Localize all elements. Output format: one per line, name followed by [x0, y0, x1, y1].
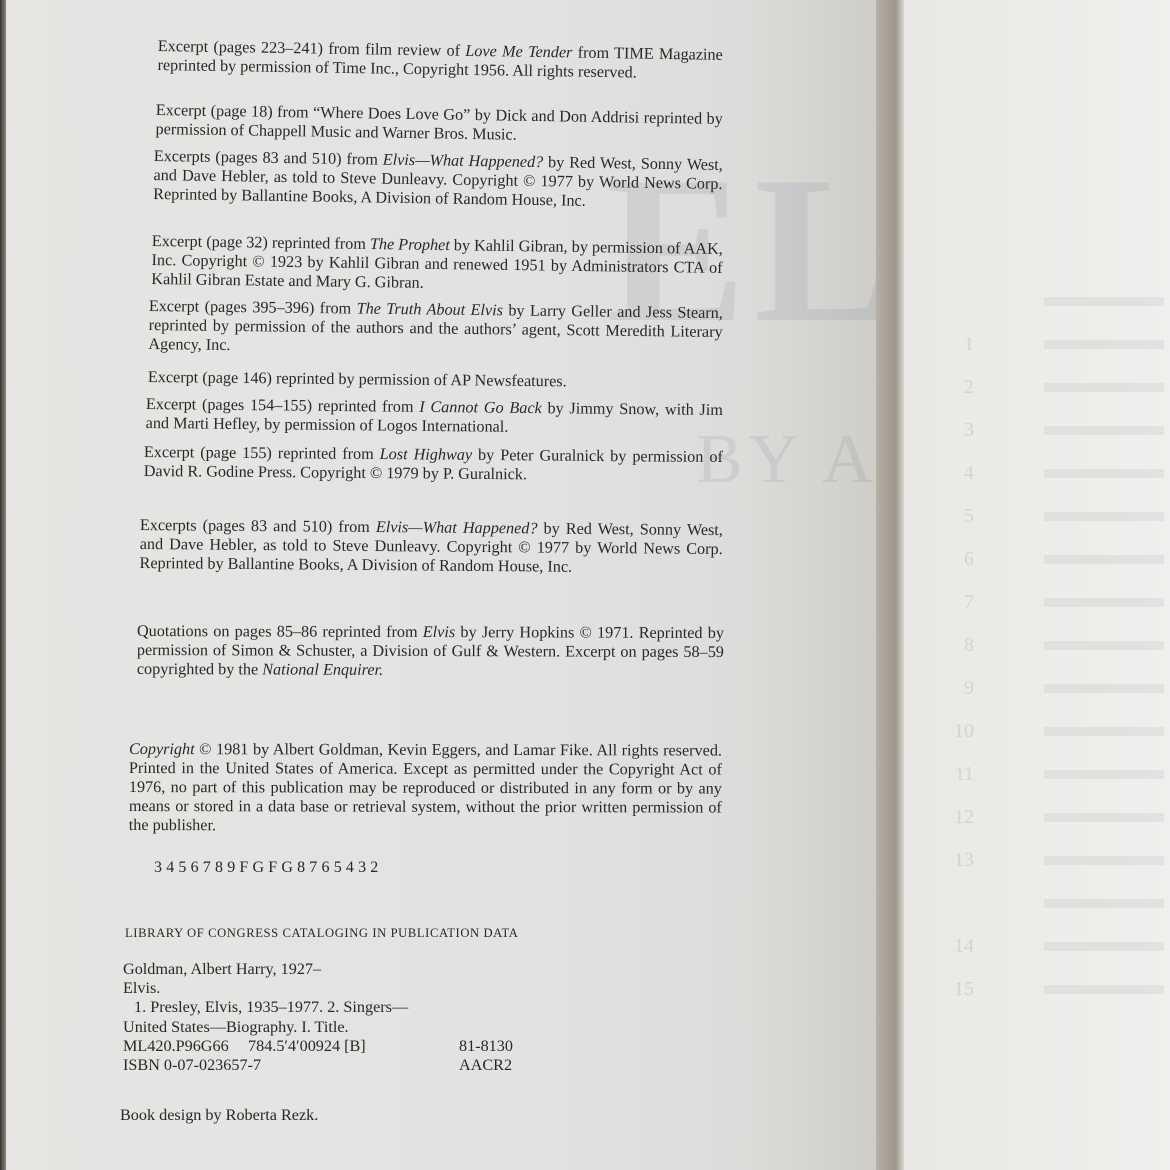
permission-lost-highway: Excerpt (page 155) reprinted from Lost H…	[144, 443, 723, 486]
cip-dewey: 784.5′4′00924 [B]	[248, 1037, 459, 1056]
show-through-toc-row: 11	[904, 753, 1170, 796]
show-through-toc-row: 8	[904, 624, 1170, 667]
permission-love-me-tender: Excerpt (pages 223–241) from film review…	[157, 37, 723, 84]
show-through-toc-row: 10	[904, 710, 1170, 753]
show-through-toc-row: 13	[904, 839, 1170, 882]
copyright-notice: Copyright © 1981 by Albert Goldman, Kevi…	[129, 740, 722, 837]
show-through-toc-row: 6	[904, 538, 1170, 581]
cip-classification-row: ML420.P96G66784.5′4′00924 [B]81-8130	[123, 1037, 723, 1056]
show-through-toc-row: 12	[904, 796, 1170, 839]
cip-call-number: ML420.P96G66	[123, 1037, 248, 1056]
printing-line: 3456789FGFG8765432	[154, 858, 383, 877]
show-through-toc-row: 9	[904, 667, 1170, 710]
permission-i-cannot-go-back: Excerpt (pages 154–155) reprinted from I…	[146, 395, 723, 439]
permission-elvis-what-happened-repeat: Excerpts (pages 83 and 510) from Elvis—W…	[140, 516, 723, 578]
show-through-toc-row	[904, 882, 1170, 925]
permission-ap-newsfeatures: Excerpt (page 146) reprinted by permissi…	[148, 368, 723, 393]
cip-record: Goldman, Albert Harry, 1927– Elvis. 1. P…	[123, 960, 723, 1075]
cip-lccn: 81-8130	[459, 1037, 513, 1055]
permission-elvis-what-happened: Excerpts (pages 83 and 510) from Elvis—W…	[153, 147, 723, 213]
cip-heading: Library of Congress Cataloging in Public…	[125, 924, 518, 943]
cip-subjects-1: 1. Presley, Elvis, 1935–1977. 2. Singers…	[123, 998, 723, 1017]
show-through-toc-row: 4	[904, 452, 1170, 495]
show-through-byline: BY A	[696, 420, 876, 500]
show-through-toc-row: 14	[904, 925, 1170, 968]
show-through-toc-row: 2	[904, 366, 1170, 409]
show-through-toc-row	[904, 280, 1170, 323]
facing-page: 123456789101112131415	[904, 0, 1170, 1170]
permission-the-prophet: Excerpt (page 32) reprinted from The Pro…	[151, 232, 723, 297]
cip-subjects-2: United States—Biography. I. Title.	[123, 1018, 723, 1037]
show-through-toc-row: 1	[904, 323, 1170, 366]
cip-isbn-row: ISBN 0-07-023657-7AACR2	[123, 1056, 723, 1075]
copyright-page: ELVIS BY A Excerpt (pages 223–241) from …	[6, 0, 876, 1170]
show-through-toc-row: 5	[904, 495, 1170, 538]
show-through-toc-row: 7	[904, 581, 1170, 624]
quotations-notice: Quotations on pages 85–86 reprinted from…	[137, 622, 724, 681]
show-through-contents: 123456789101112131415	[904, 280, 1170, 1011]
cip-author: Goldman, Albert Harry, 1927–	[123, 960, 723, 979]
permission-where-does-love-go: Excerpt (page 18) from “Where Does Love …	[155, 101, 723, 148]
book-design-credit: Book design by Roberta Rezk.	[120, 1106, 318, 1125]
show-through-toc-row: 3	[904, 409, 1170, 452]
cip-title: Elvis.	[123, 979, 723, 998]
cip-rules: AACR2	[459, 1056, 512, 1074]
permission-truth-about-elvis: Excerpt (pages 395–396) from The Truth A…	[148, 297, 723, 361]
page-gutter	[876, 0, 904, 1170]
show-through-toc-row: 15	[904, 968, 1170, 1011]
cip-isbn: ISBN 0-07-023657-7	[123, 1056, 459, 1075]
